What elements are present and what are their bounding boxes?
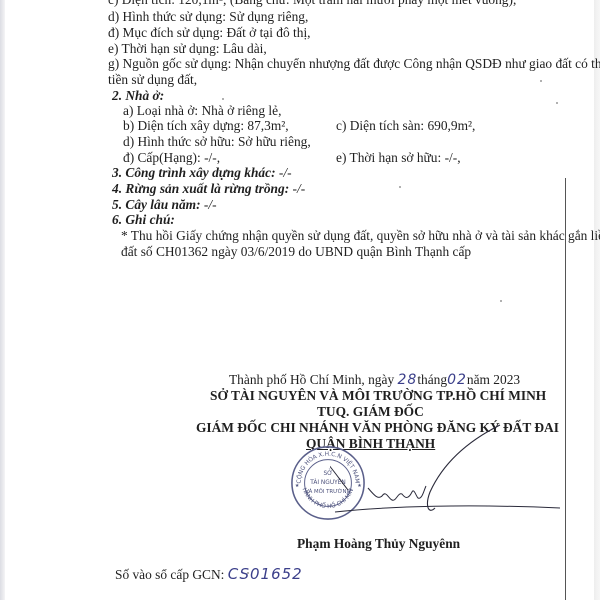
planted-forest: 4. Rừng sản xuất là rừng trồng: -/- <box>112 181 305 196</box>
notes-line-1: * Thu hồi Giấy chứng nhận quyền sử dụng … <box>121 228 600 243</box>
land-usage-term: e) Thời hạn sử dụng: Lâu dài, <box>108 41 267 56</box>
other-construction: 3. Công trình xây dựng khác: -/- <box>112 165 292 180</box>
place-date: Thành phố Hồ Chí Minh, ngày 28tháng02năm… <box>229 372 520 388</box>
handwritten-day: 28 <box>398 372 418 388</box>
house-floor-area: c) Diện tích sàn: 690,9m², <box>336 118 475 133</box>
handwritten-signature-icon <box>330 420 560 530</box>
signer-name: Phạm Hoàng Thủy Nguyênn <box>297 536 460 551</box>
place-date-prefix: Thành phố Hồ Chí Minh, ngày <box>229 372 398 387</box>
land-usage-origin-1: g) Nguồn gốc sử dụng: Nhận chuyển nhượng… <box>108 56 600 71</box>
land-area-line-cut: c) Diện tích: 120,1m²; (Bằng chữ: Một tr… <box>108 0 516 7</box>
perennial-trees-label: 5. Cây lâu năm: <box>112 197 201 212</box>
land-usage-form: d) Hình thức sử dụng: Sử dụng riêng, <box>108 9 308 24</box>
house-ownership-term: e) Thời hạn sở hữu: -/-, <box>336 150 461 165</box>
registry-number-line: Số vào sổ cấp GCN: CS01652 <box>115 567 303 582</box>
handwritten-registry-number: CS01652 <box>228 565 303 583</box>
agency-name: SỞ TÀI NGUYÊN VÀ MÔI TRƯỜNG TP.HỒ CHÍ MI… <box>210 388 546 403</box>
house-ownership-form: d) Hình thức sở hữu: Sở hữu riêng, <box>123 134 311 149</box>
other-construction-value: -/- <box>276 165 292 180</box>
perennial-trees: 5. Cây lâu năm: -/- <box>112 197 217 212</box>
handwritten-month: 02 <box>447 372 467 388</box>
house-grade: đ) Cấp(Hạng): -/-, <box>123 150 220 165</box>
house-section-title: 2. Nhà ở: <box>112 88 164 103</box>
registry-label: Số vào sổ cấp GCN: <box>115 567 228 582</box>
notes-line-2: đất số CH01362 ngày 03/6/2019 do UBND qu… <box>121 244 471 259</box>
planted-forest-label: 4. Rừng sản xuất là rừng trồng: <box>112 181 289 196</box>
planted-forest-value: -/- <box>289 181 305 196</box>
house-build-area: b) Diện tích xây dựng: 87,3m², <box>123 118 289 133</box>
perennial-trees-value: -/- <box>201 197 217 212</box>
notes-title: 6. Ghi chú: <box>112 212 175 227</box>
house-type: a) Loại nhà ở: Nhà ở riêng lẻ, <box>123 103 281 118</box>
on-behalf-of-director: TUQ. GIÁM ĐỐC <box>317 404 424 419</box>
month-label: tháng <box>417 372 447 387</box>
other-construction-label: 3. Công trình xây dựng khác: <box>112 165 276 180</box>
svg-text:★: ★ <box>295 483 300 489</box>
land-usage-purpose: đ) Mục đích sử dụng: Đất ở tại đô thị, <box>108 25 311 40</box>
land-usage-origin-2: tiền sử dụng đất, <box>108 72 197 87</box>
year-label: năm 2023 <box>467 372 520 387</box>
certificate-page: c) Diện tích: 120,1m²; (Bằng chữ: Một tr… <box>0 0 600 600</box>
